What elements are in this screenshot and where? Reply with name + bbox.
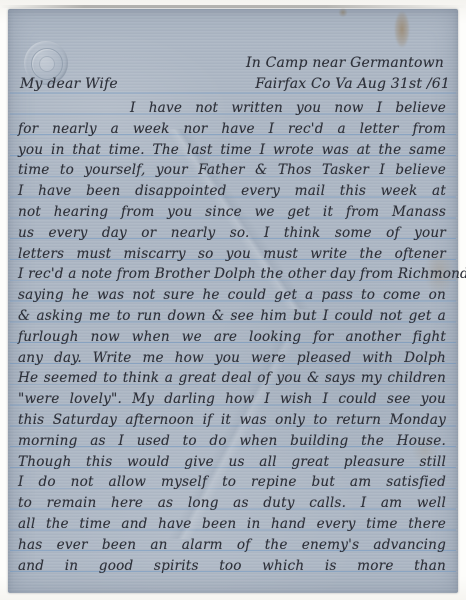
stain	[391, 6, 413, 58]
body-line: for nearly a week nor have I rec'd a let…	[18, 119, 446, 140]
salutation: My dear Wife	[20, 76, 118, 97]
body-line: He seemed to think a great deal of you &…	[18, 368, 446, 389]
heading-place-line: In Camp near Germantown	[8, 55, 444, 76]
body-line: any day. Write me how you were pleased w…	[18, 348, 446, 369]
body-line: and in good spirits too which is more th…	[18, 556, 446, 577]
body-line: time to yourself, your Father & Thos Tas…	[18, 160, 446, 181]
body-line: furlough now when we are looking for ano…	[18, 327, 446, 348]
body-line: I have been disappointed every mail this…	[18, 181, 446, 202]
body-line: I have not written you now I believe	[18, 98, 446, 119]
letter-body: I have not written you now I believe for…	[18, 98, 446, 576]
body-line: Though this would give us all great plea…	[18, 452, 446, 473]
photo-background: In Camp near Germantown My dear Wife Fai…	[0, 0, 466, 600]
body-line: I do not allow myself to repine but am s…	[18, 472, 446, 493]
body-line: letters must miscarry so you must write …	[18, 244, 446, 265]
body-line: I rec'd a note from Brother Dolph the ot…	[18, 264, 446, 285]
body-line: this Saturday afternoon if it was only t…	[18, 410, 446, 431]
body-line: "were lovely". My darling how I wish I c…	[18, 389, 446, 410]
letter-paper: In Camp near Germantown My dear Wife Fai…	[8, 9, 458, 593]
body-line: has ever been an alarm of the enemy's ad…	[18, 535, 446, 556]
body-line: morning as I used to do when building th…	[18, 431, 446, 452]
body-line: & asking me to run down & see him but I …	[18, 306, 446, 327]
body-line: not hearing from you since we get it fro…	[18, 202, 446, 223]
body-line: you in that time. The last time I wrote …	[18, 140, 446, 161]
heading-date-line: Fairfax Co Va Aug 31st /61	[255, 76, 450, 97]
body-line: all the time and have been in hand every…	[18, 514, 446, 535]
body-line: saying he was not sure he could get a pa…	[18, 285, 446, 306]
body-line: us every day or nearly so. I think some …	[18, 223, 446, 244]
stain	[338, 8, 348, 17]
salutation-row: My dear Wife Fairfax Co Va Aug 31st /61	[20, 76, 450, 97]
body-line: to remain here as long as duty calls. I …	[18, 493, 446, 514]
